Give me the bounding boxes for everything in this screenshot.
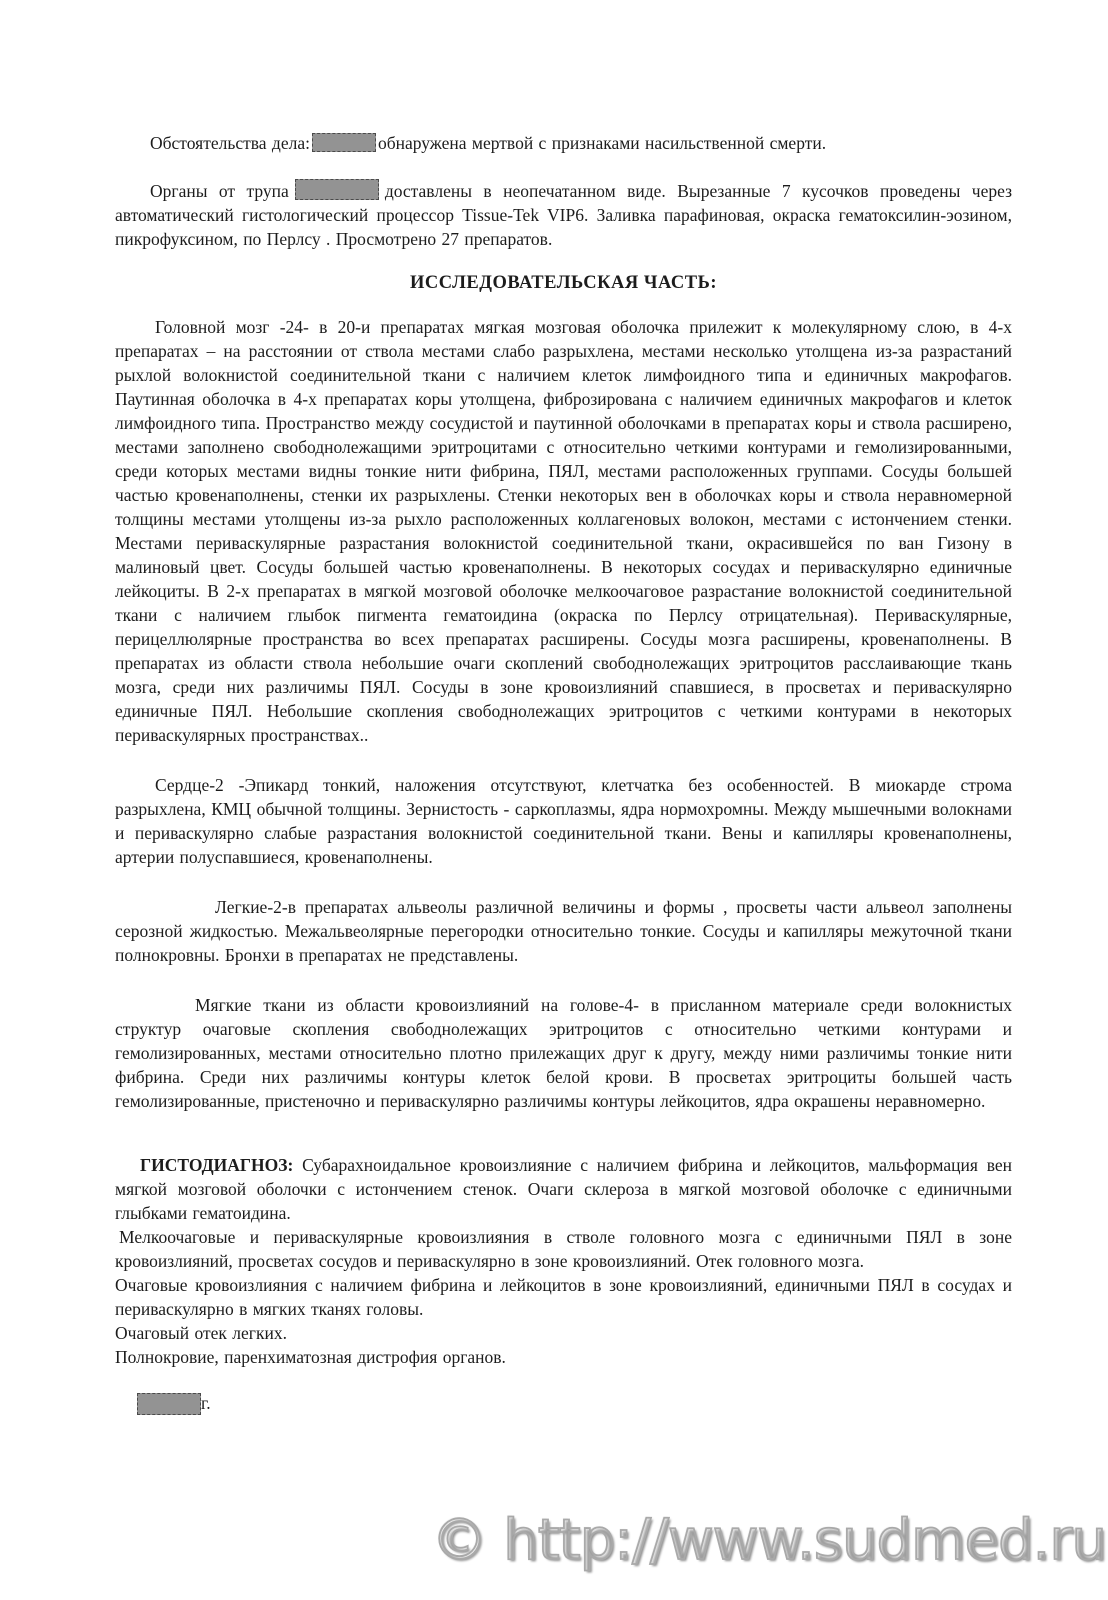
document-content: Обстоятельства дела:обнаружена мертвой с… [115,131,1012,1433]
brain-findings-paragraph: Головной мозг -24- в 20-и препаратах мяг… [115,315,1012,747]
case-circumstances-paragraph: Обстоятельства дела:обнаружена мертвой с… [115,131,1012,155]
histodiagnosis-paragraph: ГИСТОДИАГНОЗ: Субарахноидальное кровоизл… [115,1153,1012,1225]
diagnosis-item: Полнокровие, паренхиматозная дистрофия о… [115,1345,1012,1369]
watermark: © http://www.sudmed.ru [432,1508,1107,1573]
diagnosis-item: Очаговый отек легких. [115,1321,1012,1345]
redaction-box [312,133,376,152]
year-suffix: г. [201,1393,211,1413]
histodiagnosis-label: ГИСТОДИАГНОЗ: [140,1155,293,1175]
case-circumstances-label: Обстоятельства дела: [150,133,310,153]
organs-paragraph: Органы от трупадоставлены в неопечатанно… [115,179,1012,251]
soft-tissues-findings-paragraph: Мягкие ткани из области кровоизлияний на… [115,993,1012,1113]
date-line: г. [115,1391,1012,1415]
case-circumstances-text: обнаружена мертвой с признаками насильст… [378,133,826,153]
diagnosis-item: Очаговые кровоизлияния с наличием фибрин… [115,1273,1012,1321]
organs-prefix: Органы от трупа [150,181,289,201]
diagnosis-item: Мелкоочаговые и периваскулярные кровоизл… [115,1225,1012,1273]
heart-findings-paragraph: Сердце-2 -Эпикард тонкий, наложения отсу… [115,773,1012,869]
redaction-box [137,1393,201,1415]
redaction-box [295,179,379,200]
document-page: Обстоятельства дела:обнаружена мертвой с… [0,0,1108,1600]
research-section-heading: ИССЛЕДОВАТЕЛЬСКАЯ ЧАСТЬ: [115,271,1012,295]
lungs-findings-paragraph: Легкие-2-в препаратах альвеолы различной… [115,895,1012,967]
